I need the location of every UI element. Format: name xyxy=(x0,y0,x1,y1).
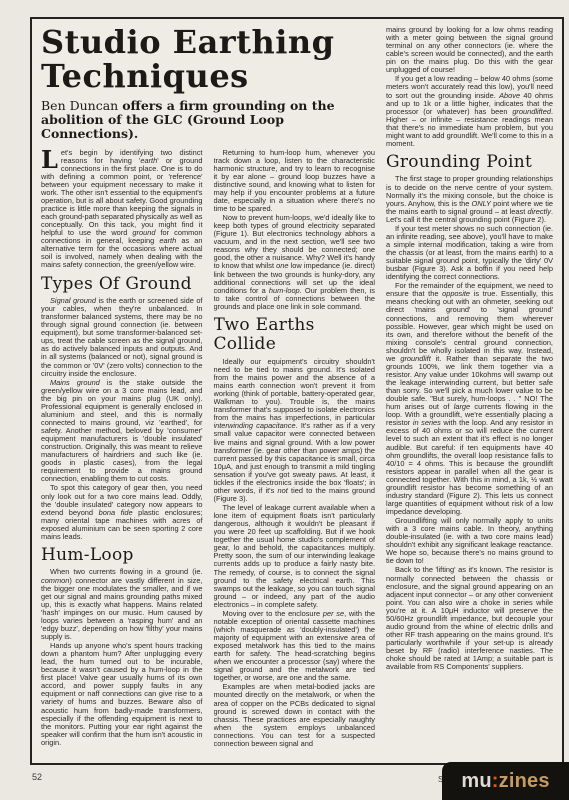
paragraph: Groundlifting will only normally apply t… xyxy=(386,517,553,565)
logo-text-mu: mu xyxy=(461,770,491,793)
paragraph: Signal ground is the earth or screened s… xyxy=(41,297,203,378)
page-title: Studio EarthingTechniques xyxy=(41,26,375,93)
column-2: Returning to hum-loop hum, whenever you … xyxy=(214,149,376,756)
article-columns: Studio EarthingTechniques Ben Duncan off… xyxy=(41,26,553,756)
muzines-logo: mu:zines xyxy=(442,762,569,800)
paragraph: Let's begin by identifying two distinct … xyxy=(41,149,203,270)
magazine-page: Studio EarthingTechniques Ben Duncan off… xyxy=(0,0,569,800)
paragraph: Returning to hum-loop hum, whenever you … xyxy=(214,149,376,214)
section-heading: Grounding Point xyxy=(386,153,553,173)
paragraph: mains ground by looking for a low ohms r… xyxy=(386,26,553,74)
paragraph: To spot this category of gear then, you … xyxy=(41,484,203,540)
paragraph: Hands up anyone who's spent hours tracki… xyxy=(41,642,203,747)
paragraph: When two currents flowing in a ground (i… xyxy=(41,568,203,641)
byline-author: Ben Duncan xyxy=(41,98,118,113)
paragraph: Moving over to the enclosure per se, wit… xyxy=(214,610,376,683)
title-line-1: Studio Earthing xyxy=(41,23,335,61)
byline: Ben Duncan offers a firm grounding on th… xyxy=(41,99,375,141)
drop-cap: L xyxy=(41,149,61,170)
page-number: 52 xyxy=(32,772,42,782)
columns-1-2: Let's begin by identifying two distinct … xyxy=(41,149,375,756)
logo-text-zines: zines xyxy=(499,770,550,793)
article-frame: Studio EarthingTechniques Ben Duncan off… xyxy=(30,17,564,765)
title-block: Studio EarthingTechniques Ben Duncan off… xyxy=(41,26,375,149)
paragraph: The first stage to proper grounding rela… xyxy=(386,175,553,223)
paragraph: Mains ground is the stake outside the gr… xyxy=(41,379,203,484)
paragraph: For the remainder of the equipment, we n… xyxy=(386,282,553,516)
column-3: mains ground by looking for a low ohms r… xyxy=(386,26,553,756)
column-1: Let's begin by identifying two distinct … xyxy=(41,149,203,756)
section-heading: Hum-Loop xyxy=(41,546,203,566)
logo-text-colon: : xyxy=(492,770,499,793)
section-heading: Types Of Ground xyxy=(41,275,203,295)
paragraph: Ideally our equipment's circuitry should… xyxy=(214,358,376,503)
paragraph: The level of leakage current available w… xyxy=(214,504,376,609)
paragraph: Now to prevent hum-loops, we'd ideally l… xyxy=(214,214,376,311)
paragraph: If you get a low reading – below 40 ohms… xyxy=(386,75,553,148)
left-section: Studio EarthingTechniques Ben Duncan off… xyxy=(41,26,375,756)
title-line-2: Techniques xyxy=(41,57,249,95)
paragraph: Examples are when metal-bodied jacks are… xyxy=(214,683,376,748)
section-heading: Two Earths Collide xyxy=(214,316,376,355)
paragraph: Back to the 'lifting' as it's known. The… xyxy=(386,566,553,671)
paragraph: If your test meter shows no such connect… xyxy=(386,225,553,281)
